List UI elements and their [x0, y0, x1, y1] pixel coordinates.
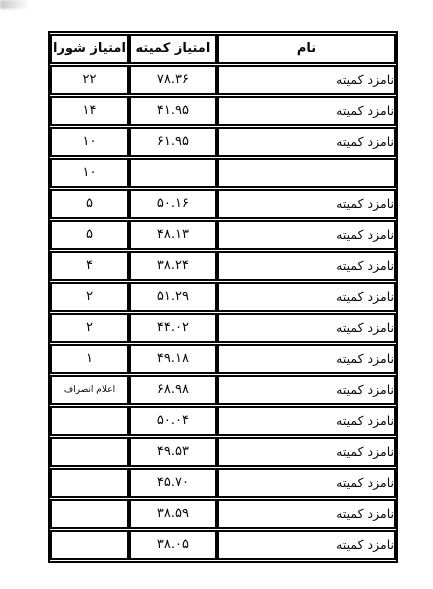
table-row: نامزد کمیته۵۱.۲۹۲ — [50, 282, 396, 312]
council-score-cell: ۱۰ — [50, 127, 129, 157]
council-score-cell: ۱۰ — [50, 158, 129, 188]
committee-score-cell: ۴۴.۰۲ — [129, 313, 217, 343]
table-row: نامزد کمیته۵۰.۱۶۵ — [50, 189, 396, 219]
name-cell: نامزد کمیته — [217, 65, 396, 95]
committee-score-cell: ۳۸.۰۵ — [129, 530, 217, 560]
council-score-cell: ۲۲ — [50, 65, 129, 95]
table-row: نامزد کمیته۴۵.۷۰ — [50, 468, 396, 498]
score-table-header: نام امتیاز کمیته امتیاز شورا — [50, 34, 396, 64]
name-cell: نامزد کمیته — [217, 437, 396, 467]
committee-score-cell: ۴۵.۷۰ — [129, 468, 217, 498]
name-cell: نامزد کمیته — [217, 375, 396, 405]
document-page: { "colors": { "background": "#ffffff", "… — [0, 0, 433, 589]
council-score-cell: ۵ — [50, 189, 129, 219]
table-row: نامزد کمیته۳۸.۲۴۴ — [50, 251, 396, 281]
committee-score-cell: ۷۸.۳۶ — [129, 65, 217, 95]
committee-score-cell: ۳۸.۲۴ — [129, 251, 217, 281]
committee-score-cell: ۶۱.۹۵ — [129, 127, 217, 157]
table-row: ۱۰ — [50, 158, 396, 188]
council-score-cell: اعلام انصراف — [50, 375, 129, 405]
council-score-cell: ۱۴ — [50, 96, 129, 126]
committee-score-cell: ۵۰.۱۶ — [129, 189, 217, 219]
name-cell: نامزد کمیته — [217, 344, 396, 374]
column-header-committee-score: امتیاز کمیته — [129, 34, 217, 64]
header-row: نام امتیاز کمیته امتیاز شورا — [50, 34, 396, 64]
table-row: نامزد کمیته۷۸.۳۶۲۲ — [50, 65, 396, 95]
council-score-cell: ۲ — [50, 313, 129, 343]
council-score-cell: ۲ — [50, 282, 129, 312]
council-score-cell — [50, 499, 129, 529]
table-row: نامزد کمیته۶۱.۹۵۱۰ — [50, 127, 396, 157]
committee-score-cell: ۶۸.۹۸ — [129, 375, 217, 405]
table-row: نامزد کمیته۳۸.۰۵ — [50, 530, 396, 560]
name-cell: نامزد کمیته — [217, 220, 396, 250]
table-row: نامزد کمیته۴۴.۰۲۲ — [50, 313, 396, 343]
name-cell: نامزد کمیته — [217, 189, 396, 219]
table-row: نامزد کمیته۵۰.۰۴ — [50, 406, 396, 436]
committee-score-cell — [129, 158, 217, 188]
table-row: نامزد کمیته۴۹.۵۳ — [50, 437, 396, 467]
council-score-cell — [50, 437, 129, 467]
table-row: نامزد کمیته۴۸.۱۳۵ — [50, 220, 396, 250]
name-cell: نامزد کمیته — [217, 406, 396, 436]
council-score-cell — [50, 468, 129, 498]
name-cell — [217, 158, 396, 188]
name-cell: نامزد کمیته — [217, 530, 396, 560]
name-cell: نامزد کمیته — [217, 127, 396, 157]
committee-score-cell: ۴۹.۵۳ — [129, 437, 217, 467]
column-header-council-score: امتیاز شورا — [50, 34, 129, 64]
name-cell: نامزد کمیته — [217, 313, 396, 343]
committee-score-cell: ۴۸.۱۳ — [129, 220, 217, 250]
table-row: نامزد کمیته۶۸.۹۸اعلام انصراف — [50, 375, 396, 405]
name-cell: نامزد کمیته — [217, 468, 396, 498]
council-score-cell — [50, 530, 129, 560]
column-header-name: نام — [217, 34, 396, 64]
score-table: نام امتیاز کمیته امتیاز شورا نامزد کمیته… — [50, 33, 396, 561]
table-row: نامزد کمیته۴۱.۹۵۱۴ — [50, 96, 396, 126]
score-table-frame: نام امتیاز کمیته امتیاز شورا نامزد کمیته… — [48, 31, 398, 563]
name-cell: نامزد کمیته — [217, 282, 396, 312]
committee-score-cell: ۵۱.۲۹ — [129, 282, 217, 312]
council-score-cell: ۱ — [50, 344, 129, 374]
committee-score-cell: ۳۸.۵۹ — [129, 499, 217, 529]
scan-artifact — [0, 0, 36, 9]
name-cell: نامزد کمیته — [217, 96, 396, 126]
score-table-body: نامزد کمیته۷۸.۳۶۲۲نامزد کمیته۴۱.۹۵۱۴نامز… — [50, 65, 396, 560]
table-row: نامزد کمیته۴۹.۱۸۱ — [50, 344, 396, 374]
committee-score-cell: ۴۹.۱۸ — [129, 344, 217, 374]
council-score-cell — [50, 406, 129, 436]
council-score-cell: ۵ — [50, 220, 129, 250]
committee-score-cell: ۴۱.۹۵ — [129, 96, 217, 126]
committee-score-cell: ۵۰.۰۴ — [129, 406, 217, 436]
name-cell: نامزد کمیته — [217, 499, 396, 529]
council-score-cell: ۴ — [50, 251, 129, 281]
table-row: نامزد کمیته۳۸.۵۹ — [50, 499, 396, 529]
name-cell: نامزد کمیته — [217, 251, 396, 281]
